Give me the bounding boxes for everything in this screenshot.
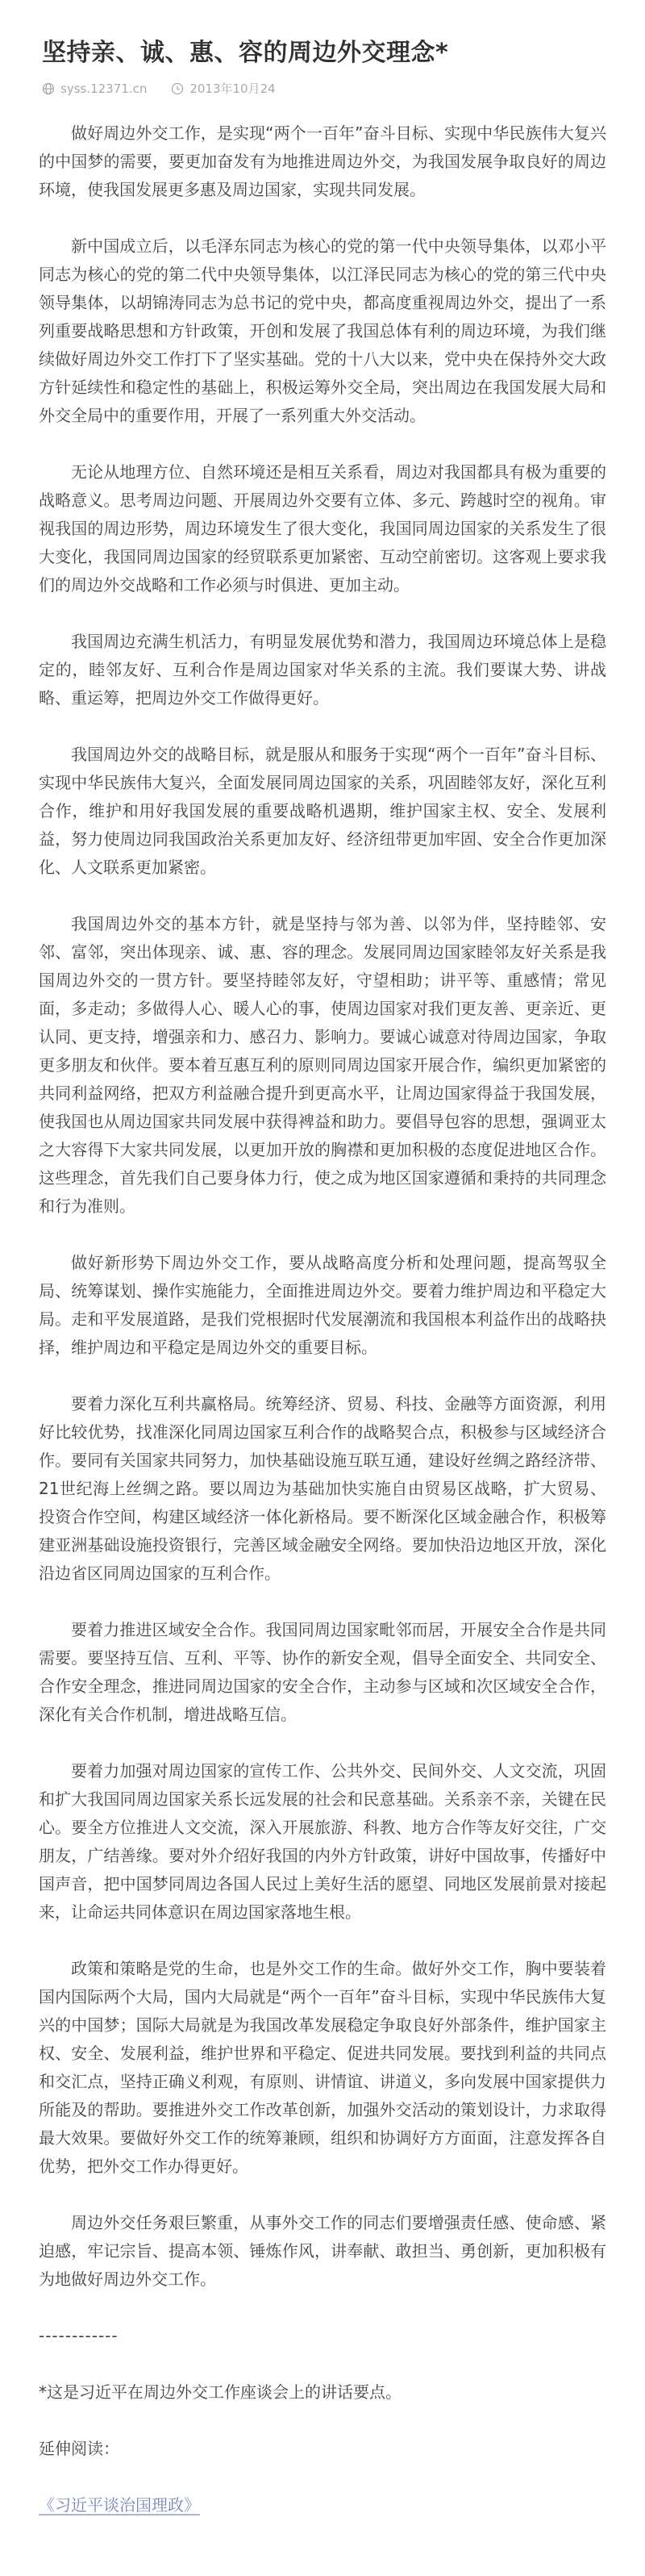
related-reading-label: 延伸阅读： <box>39 2435 606 2463</box>
article-paragraph: 政策和策略是党的生命，也是外交工作的生命。做好外交工作，胸中要装着国内国际两个大… <box>39 1955 606 2181</box>
article-paragraph: 我国周边外交的基本方针，就是坚持与邻为善、以邻为伴，坚持睦邻、安邻、富邻，突出体… <box>39 910 606 1221</box>
article-paragraph: 做好周边外交工作，是实现“两个一百年”奋斗目标、实现中华民族伟大复兴的中国梦的需… <box>39 119 606 204</box>
related-reading-link[interactable]: 《习近平谈治国理政》 <box>39 2491 200 2520</box>
meta-date-text: 2013年10月24 <box>189 80 275 97</box>
article-paragraph: 要着力推进区域安全合作。我国同周边国家毗邻而居，开展安全合作是共同需要。要坚持互… <box>39 1616 606 1729</box>
article-paragraph: 我国周边充满生机活力，有明显发展优势和潜力，我国周边环境总体上是稳定的，睦邻友好… <box>39 628 606 712</box>
article-paragraph: 做好新形势下周边外交工作，要从战略高度分析和处理问题，提高驾驭全局、统筹谋划、操… <box>39 1249 606 1362</box>
article-paragraph: 新中国成立后，以毛泽东同志为核心的党的第一代中央领导集体，以邓小平同志为核心的党… <box>39 232 606 430</box>
article-page: 坚持亲、诚、惠、容的周边外交理念* syss.12371.cn 2013年10月… <box>0 0 645 2568</box>
meta-source-text: syss.12371.cn <box>60 81 147 96</box>
article-paragraph: 要着力深化互利共赢格局。统筹经济、贸易、科技、金融等方面资源，利用好比较优势，找… <box>39 1390 606 1588</box>
meta-source: syss.12371.cn <box>42 81 147 96</box>
article-meta: syss.12371.cn 2013年10月24 <box>42 80 606 97</box>
meta-date: 2013年10月24 <box>171 80 275 97</box>
article-body: 做好周边外交工作，是实现“两个一百年”奋斗目标、实现中华民族伟大复兴的中国梦的需… <box>39 119 606 2294</box>
article-paragraph: 周边外交任务艰巨繁重，从事外交工作的同志们要增强责任感、使命感、紧迫感，牢记宗旨… <box>39 2209 606 2294</box>
article-paragraph: 无论从地理方位、自然环境还是相互关系看，周边对我国都具有极为重要的战略意义。思考… <box>39 458 606 599</box>
globe-icon <box>42 82 55 95</box>
article-paragraph: 我国周边外交的战略目标，就是服从和服务于实现“两个一百年”奋斗目标、实现中华民族… <box>39 741 606 882</box>
clock-icon <box>171 82 184 95</box>
footnote-separator: ------------ <box>39 2322 606 2350</box>
footnote-text: *这是习近平在周边外交工作座谈会上的讲话要点。 <box>39 2378 606 2407</box>
page-title: 坚持亲、诚、惠、容的周边外交理念* <box>42 37 606 69</box>
article-paragraph: 要着力加强对周边国家的宣传工作、公共外交、民间外交、人文交流，巩固和扩大我国同周… <box>39 1757 606 1927</box>
